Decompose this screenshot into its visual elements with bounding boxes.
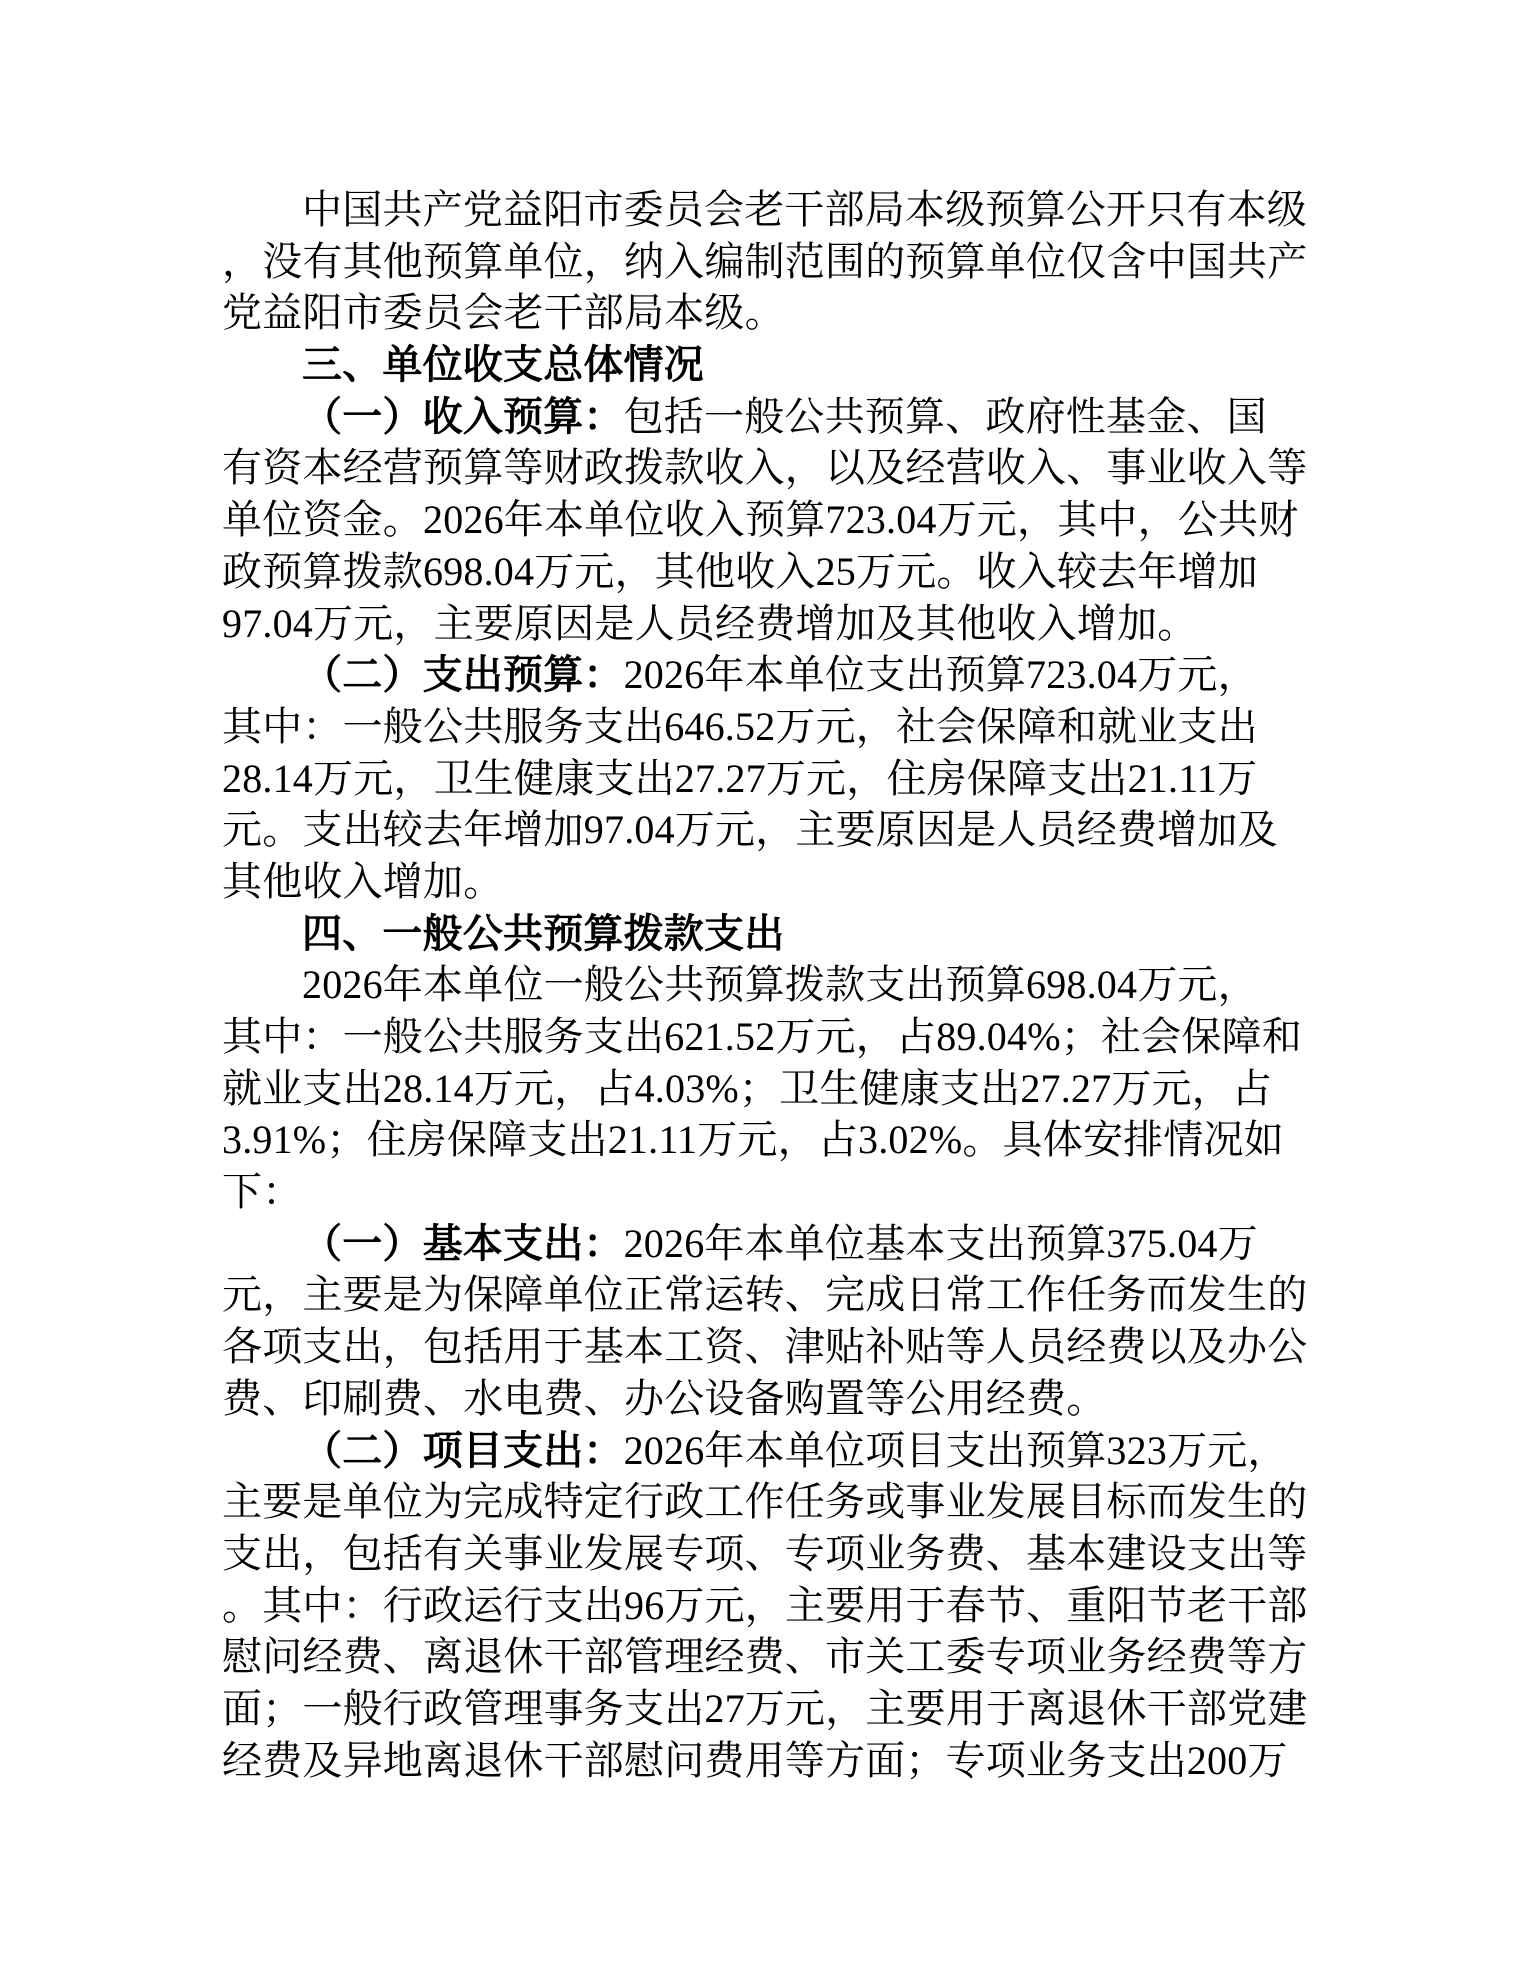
body-text-segment: 支出，包括有关事业发展专项、专项业务费、基本建设支出等 (222, 1531, 1307, 1576)
body-text-segment: 元，主要是为保障单位正常运转、完成日常工作任务而发生的 (222, 1272, 1307, 1317)
heading-text-segment: （二）项目支出： (302, 1429, 624, 1473)
text-line-21: （一）基本支出：2026年本单位基本支出预算375.04万 (222, 1218, 1402, 1270)
text-line-5: （一）收入预算：包括一般公共预算、政府性基金、国 (222, 391, 1402, 443)
body-text-segment: 97.04万元，主要原因是人员经费增加及其他收入增加。 (222, 601, 1197, 646)
body-text-segment: 2026年本单位项目支出预算323万元， (624, 1428, 1288, 1473)
text-line-27: 支出，包括有关事业发展专项、专项业务费、基本建设支出等 (222, 1528, 1402, 1580)
text-line-4: 三、单位收支总体情况 (222, 339, 1402, 391)
text-line-10: （二）支出预算：2026年本单位支出预算723.04万元， (222, 649, 1402, 701)
text-line-14: 其他收入增加。 (222, 856, 1402, 908)
text-line-12: 28.14万元，卫生健康支出27.27万元，住房保障支出21.11万 (222, 753, 1402, 805)
text-line-16: 2026年本单位一般公共预算拨款支出预算698.04万元， (222, 959, 1402, 1011)
body-text-segment: 3.91%；住房保障支出21.11万元，占3.02%。具体安排情况如 (222, 1117, 1284, 1162)
text-line-19: 3.91%；住房保障支出21.11万元，占3.02%。具体安排情况如 (222, 1114, 1402, 1166)
text-line-3: 党益阳市委员会老干部局本级。 (222, 287, 1402, 339)
body-text-segment: 元。支出较去年增加97.04万元，主要原因是人员经费增加及 (222, 807, 1278, 852)
text-line-7: 单位资金。2026年本单位收入预算723.04万元，其中，公共财 (222, 494, 1402, 546)
body-text-segment: 其他收入增加。 (222, 859, 503, 904)
text-line-30: 面；一般行政管理事务支出27万元，主要用于离退休干部党建 (222, 1683, 1402, 1735)
text-line-9: 97.04万元，主要原因是人员经费增加及其他收入增加。 (222, 598, 1402, 650)
text-line-29: 慰问经费、离退休干部管理经费、市关工委专项业务经费等方 (222, 1631, 1402, 1683)
body-text-segment: 2026年本单位支出预算723.04万元， (624, 652, 1258, 697)
text-line-15: 四、一般公共预算拨款支出 (222, 908, 1402, 960)
body-text-segment: 其中：一般公共服务支出646.52万元，社会保障和就业支出 (222, 704, 1258, 749)
text-line-25: （二）项目支出：2026年本单位项目支出预算323万元， (222, 1425, 1402, 1477)
text-line-20: 下： (222, 1166, 1402, 1218)
text-line-18: 就业支出28.14万元，占4.03%；卫生健康支出27.27万元，占 (222, 1063, 1402, 1115)
body-text-segment: 费、印刷费、水电费、办公设备购置等公用经费。 (222, 1376, 1106, 1421)
body-text-segment: 经费及异地离退休干部慰问费用等方面；专项业务支出200万 (222, 1738, 1288, 1783)
text-line-31: 经费及异地离退休干部慰问费用等方面；专项业务支出200万 (222, 1735, 1402, 1787)
text-line-28: 。其中：行政运行支出96万元，主要用于春节、重阳节老干部 (222, 1580, 1402, 1632)
body-text-segment: 党益阳市委员会老干部局本级。 (222, 290, 785, 335)
document-body: 中国共产党益阳市委员会老干部局本级预算公开只有本级，没有其他预算单位，纳入编制范… (222, 184, 1402, 1786)
text-line-13: 元。支出较去年增加97.04万元，主要原因是人员经费增加及 (222, 804, 1402, 856)
heading-text-segment: （一）收入预算： (302, 395, 624, 439)
text-line-17: 其中：一般公共服务支出621.52万元，占89.04%；社会保障和 (222, 1011, 1402, 1063)
body-text-segment: 中国共产党益阳市委员会老干部局本级预算公开只有本级 (302, 187, 1307, 232)
text-line-11: 其中：一般公共服务支出646.52万元，社会保障和就业支出 (222, 701, 1402, 753)
body-text-segment: 面；一般行政管理事务支出27万元，主要用于离退休干部党建 (222, 1686, 1308, 1731)
body-text-segment: 慰问经费、离退休干部管理经费、市关工委专项业务经费等方 (222, 1634, 1307, 1679)
text-line-6: 有资本经营预算等财政拨款收入，以及经营收入、事业收入等 (222, 442, 1402, 494)
body-text-segment: 2026年本单位一般公共预算拨款支出预算698.04万元， (302, 962, 1258, 1007)
body-text-segment: 主要是单位为完成特定行政工作任务或事业发展目标而发生的 (222, 1479, 1307, 1524)
document-page: 中国共产党益阳市委员会老干部局本级预算公开只有本级，没有其他预算单位，纳入编制范… (0, 0, 1530, 1980)
heading-text-segment: 三、单位收支总体情况 (302, 343, 704, 387)
body-text-segment: 。其中：行政运行支出96万元，主要用于春节、重阳节老干部 (222, 1583, 1308, 1628)
text-line-1: 中国共产党益阳市委员会老干部局本级预算公开只有本级 (222, 184, 1402, 236)
body-text-segment: 其中：一般公共服务支出621.52万元，占89.04%；社会保障和 (222, 1014, 1302, 1059)
body-text-segment: 单位资金。2026年本单位收入预算723.04万元，其中，公共财 (222, 497, 1298, 542)
body-text-segment: 各项支出，包括用于基本工资、津贴补贴等人员经费以及办公 (222, 1324, 1307, 1369)
text-line-8: 政预算拨款698.04万元，其他收入25万元。收入较去年增加 (222, 546, 1402, 598)
body-text-segment: ，没有其他预算单位，纳入编制范围的预算单位仅含中国共产 (222, 239, 1307, 284)
text-line-23: 各项支出，包括用于基本工资、津贴补贴等人员经费以及办公 (222, 1321, 1402, 1373)
heading-text-segment: （二）支出预算： (302, 653, 624, 697)
heading-text-segment: （一）基本支出： (302, 1222, 624, 1266)
text-line-26: 主要是单位为完成特定行政工作任务或事业发展目标而发生的 (222, 1476, 1402, 1528)
text-line-24: 费、印刷费、水电费、办公设备购置等公用经费。 (222, 1373, 1402, 1425)
body-text-segment: 有资本经营预算等财政拨款收入，以及经营收入、事业收入等 (222, 445, 1307, 490)
body-text-segment: 政预算拨款698.04万元，其他收入25万元。收入较去年增加 (222, 549, 1258, 594)
body-text-segment: 28.14万元，卫生健康支出27.27万元，住房保障支出21.11万 (222, 756, 1257, 801)
body-text-segment: 2026年本单位基本支出预算375.04万 (624, 1221, 1258, 1266)
body-text-segment: 包括一般公共预算、政府性基金、国 (624, 394, 1267, 439)
text-line-22: 元，主要是为保障单位正常运转、完成日常工作任务而发生的 (222, 1269, 1402, 1321)
body-text-segment: 就业支出28.14万元，占4.03%；卫生健康支出27.27万元，占 (222, 1066, 1272, 1111)
heading-text-segment: 四、一般公共预算拨款支出 (302, 912, 784, 956)
body-text-segment: 下： (222, 1169, 302, 1214)
text-line-2: ，没有其他预算单位，纳入编制范围的预算单位仅含中国共产 (222, 236, 1402, 288)
